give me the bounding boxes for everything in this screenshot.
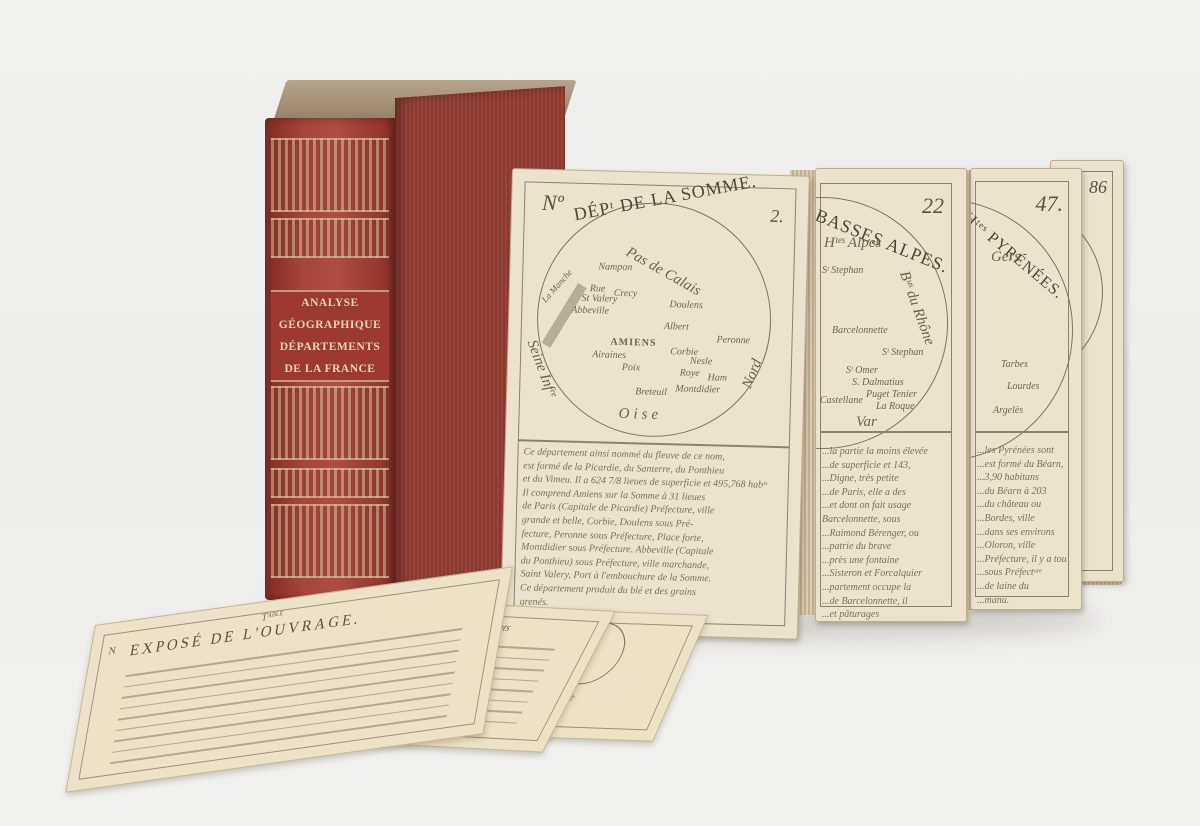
map-card-22: 22 BASSES ALPES. Hᵗᵉˢ Alpes Bᵘˢ du Rhône… xyxy=(815,168,967,622)
spine-title-line: ANALYSE xyxy=(301,297,358,309)
place-label: Roye xyxy=(680,367,700,379)
place-label: Nampon xyxy=(598,261,632,273)
place-label: Abbeville xyxy=(571,305,609,317)
spine-title-line: DÉPARTEMENTS xyxy=(280,341,381,353)
place-label: Barcelonnette xyxy=(832,325,888,336)
card-description: ...la partie la moins élevée ...de super… xyxy=(822,445,948,622)
spine-ornament-band xyxy=(271,386,389,460)
place-label: Albert xyxy=(664,321,689,333)
place-label: Puget Tenier xyxy=(866,389,917,400)
spine-ornament-band xyxy=(271,504,389,578)
place-label: Nesle xyxy=(690,356,712,368)
card-description: ...les Pyrénées sont ...est formé du Béa… xyxy=(977,444,1067,607)
card-number: 47. xyxy=(1036,191,1064,217)
card-number: 86 xyxy=(1089,177,1107,198)
region-label: Gers xyxy=(991,249,1020,266)
place-label: Lourdes xyxy=(1007,381,1039,392)
place-label: Montdidier xyxy=(675,383,720,395)
card-number-label: Nº xyxy=(542,190,564,217)
place-label: Castellane xyxy=(820,395,863,406)
spine-title-line: GÉOGRAPHIQUE xyxy=(279,319,381,331)
place-label: Breteuil xyxy=(635,386,667,398)
spine-title-label: ANALYSE GÉOGRAPHIQUE DÉPARTEMENTS DE LA … xyxy=(271,290,389,382)
place-label: Ham xyxy=(707,372,727,384)
place-label: S. Dalmatius xyxy=(852,377,904,388)
place-label: St Valery xyxy=(581,293,617,305)
place-label: Tarbes xyxy=(1001,359,1028,370)
place-label: AMIENS xyxy=(610,337,656,349)
region-label: Oise xyxy=(618,406,662,424)
map-card-47: 47. Hᵗᵉˢ PYRÉNÉES. Gers Tarbes Lourdes A… xyxy=(970,168,1082,610)
place-label: Peronne xyxy=(716,334,750,346)
place-label: Sᵗ Stephan xyxy=(822,265,863,276)
region-label: Hᵗᵉˢ Alpes xyxy=(824,235,881,252)
box-spine: ANALYSE GÉOGRAPHIQUE DÉPARTEMENTS DE LA … xyxy=(265,118,395,600)
place-label: Doulens xyxy=(669,299,703,311)
map-card-somme: Nº 2. DÉPᵗ DE LA SOMME. Pas de Calais Se… xyxy=(500,168,810,640)
spine-ornament-band xyxy=(271,218,389,258)
spine-ornament-band xyxy=(271,138,389,212)
card-number: 22 xyxy=(922,193,944,219)
region-label: Var xyxy=(856,414,877,431)
card-description: Ce département ainsi nommé du fleuve de … xyxy=(519,445,786,629)
place-label: Sᵗ Stephan xyxy=(882,347,923,358)
place-label: Poix xyxy=(622,362,641,373)
place-label: Airaines xyxy=(592,349,626,361)
place-label: La Roque xyxy=(876,401,915,412)
spine-title-line: DE LA FRANCE xyxy=(285,363,376,375)
card-number: 2. xyxy=(770,206,784,227)
spine-ornament-band xyxy=(271,468,389,498)
place-label: Crecy xyxy=(614,288,638,300)
place-label: Argelès xyxy=(993,405,1023,416)
place-label: Sᵗ Omer xyxy=(846,365,878,376)
